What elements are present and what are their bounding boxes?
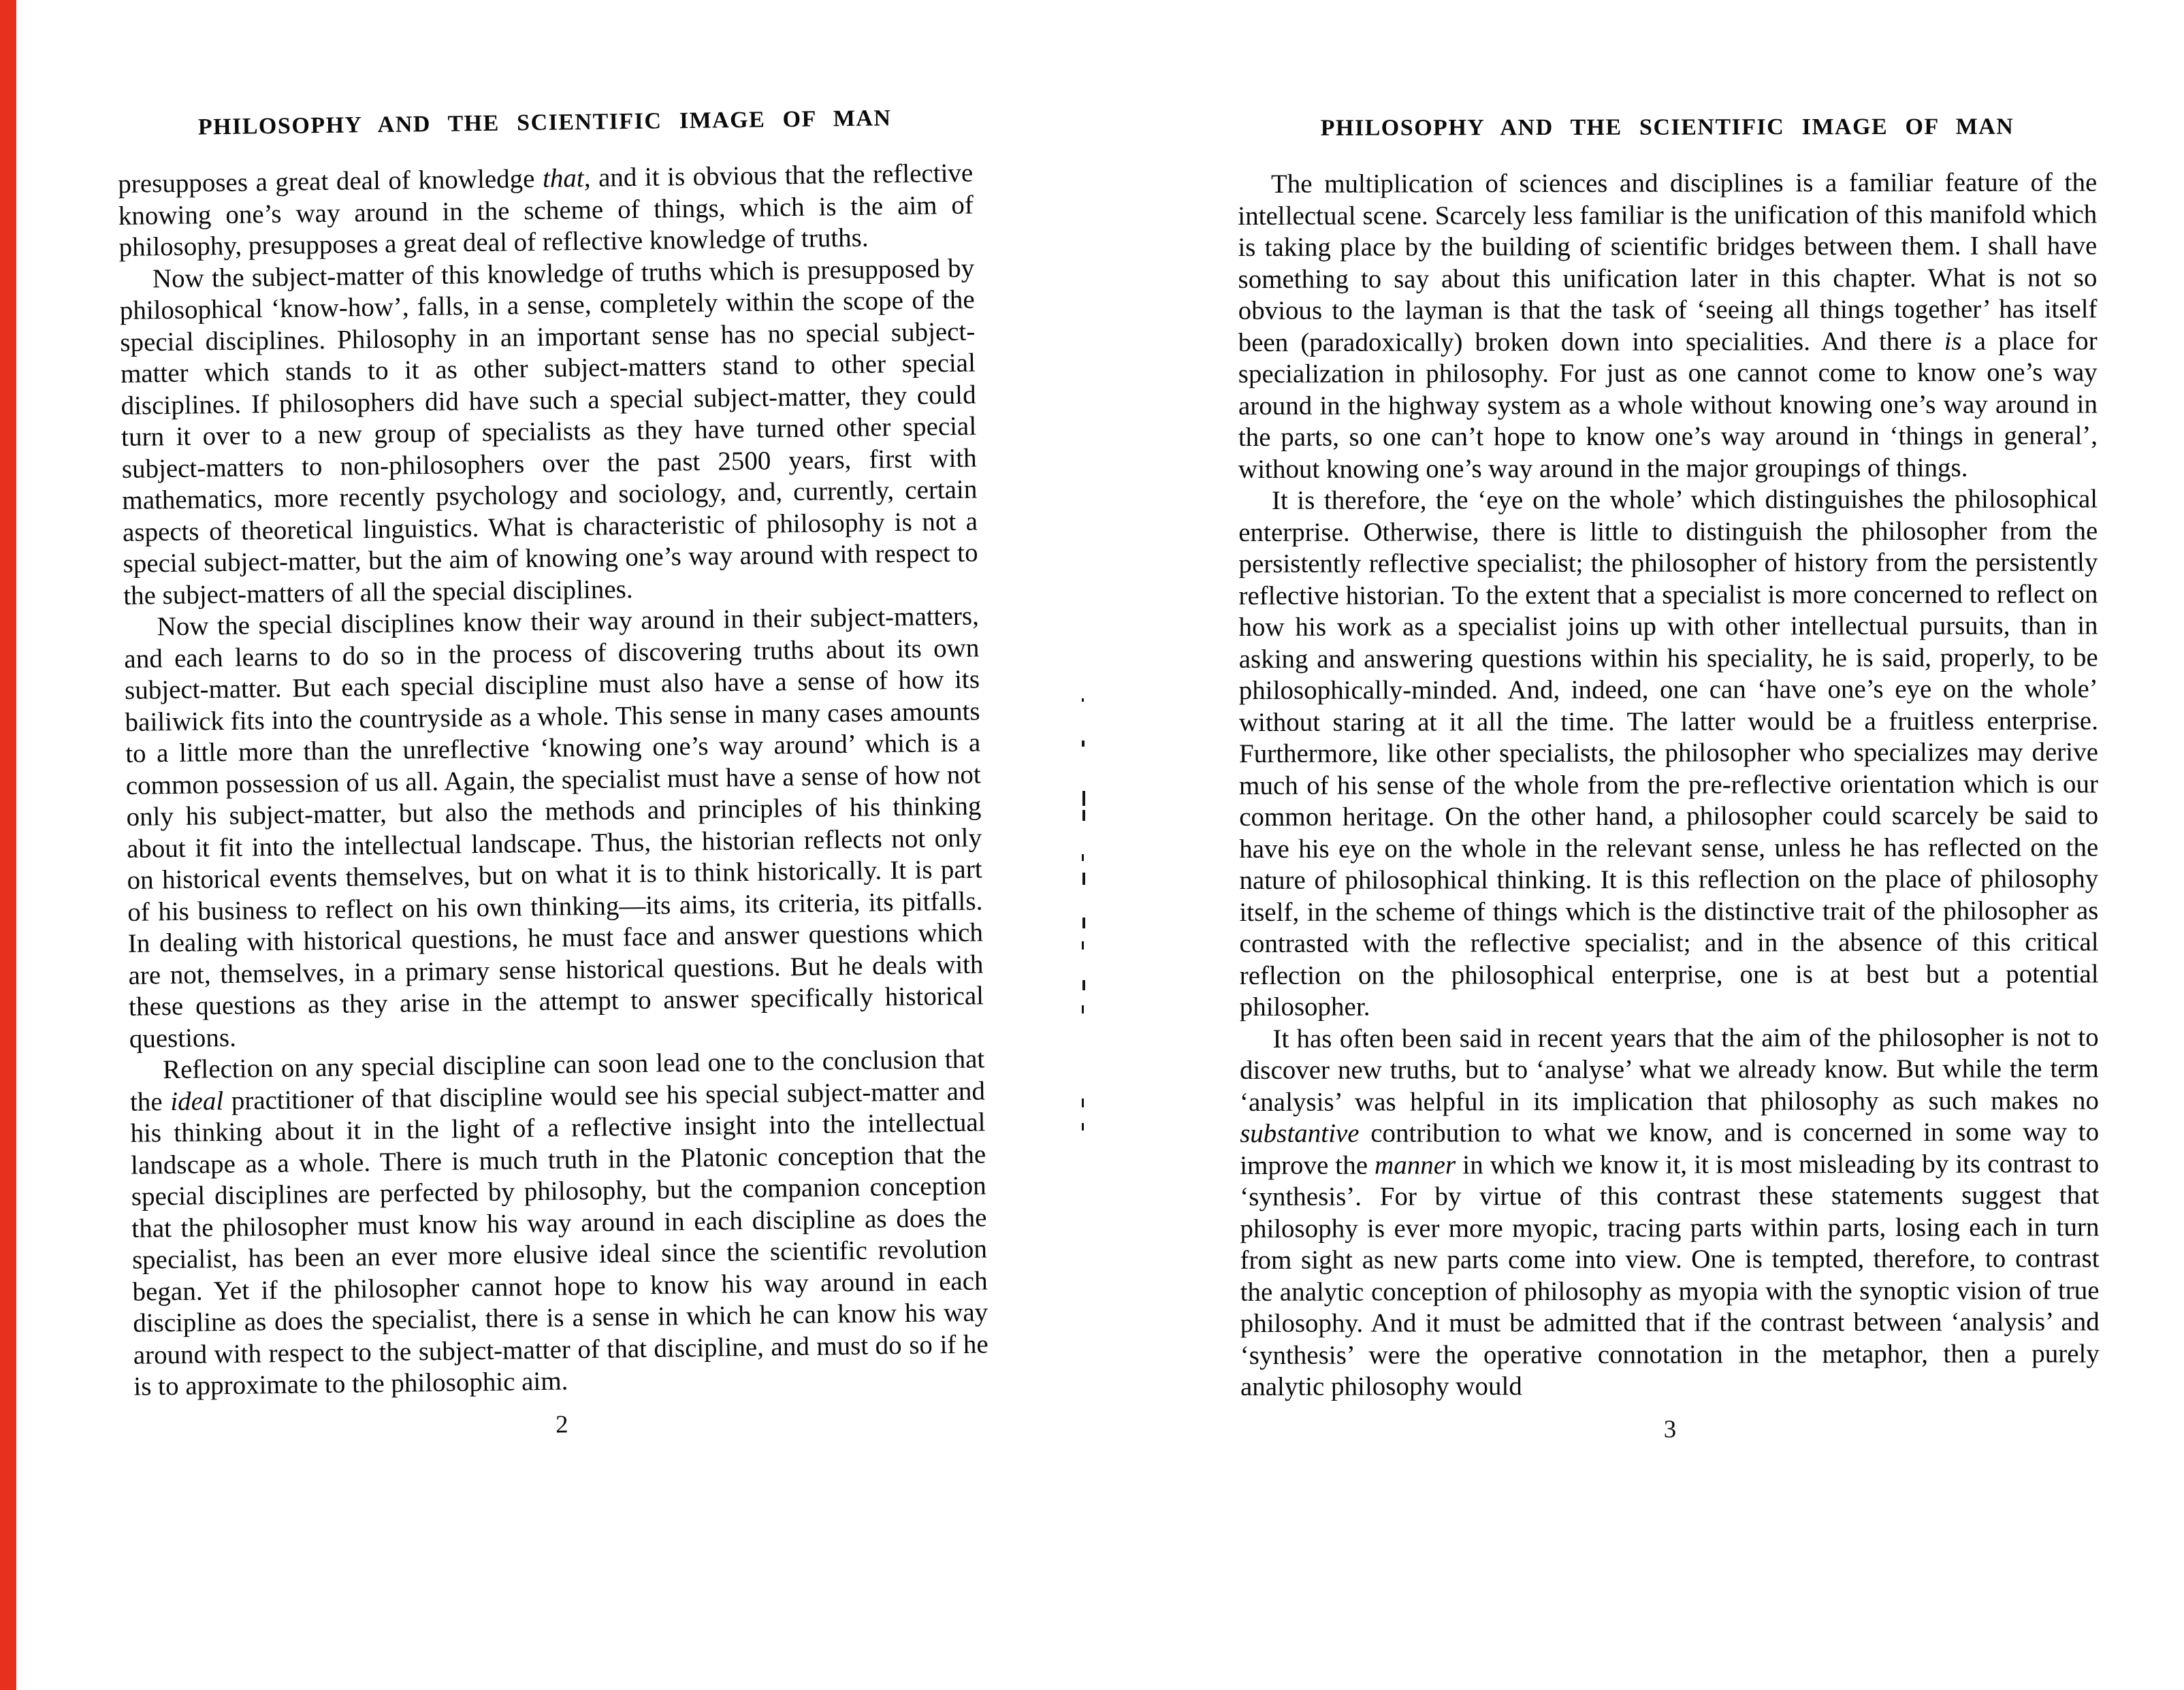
gutter-scan-mark xyxy=(1082,854,1084,861)
paragraph: Now the special disciplines know their w… xyxy=(124,600,984,1054)
italic-text-run: is xyxy=(1944,326,1962,355)
text-run: practitioner of that discipline would se… xyxy=(130,1076,989,1401)
text-run: It has often been said in recent years t… xyxy=(1240,1022,2099,1117)
page-right-body: The multiplication of sciences and disci… xyxy=(1238,167,2100,1403)
text-run: Now the special disciplines know their w… xyxy=(124,601,984,1053)
running-header-right: PHILOSOPHY AND THE SCIENTIFIC IMAGE OF M… xyxy=(1238,114,2097,142)
gutter-scan-mark xyxy=(1082,941,1084,949)
gutter-scan-mark xyxy=(1082,980,1085,990)
paragraph: presupposes a great deal of knowledge th… xyxy=(118,158,974,264)
gutter-scan-mark xyxy=(1082,698,1084,702)
text-run: Now the subject-matter of this knowledge… xyxy=(119,253,978,610)
paragraph: Reflection on any special discipline can… xyxy=(129,1043,989,1403)
gutter-scan-mark xyxy=(1082,873,1085,885)
italic-text-run: ideal xyxy=(170,1086,224,1116)
gutter-scan-mark xyxy=(1082,1123,1084,1131)
gutter-scan-mark xyxy=(1082,791,1085,806)
paragraph: It has often been said in recent years t… xyxy=(1240,1022,2100,1403)
text-run: It is therefore, the ‘eye on the whole’ … xyxy=(1238,484,2098,1022)
running-header-left: PHILOSOPHY AND THE SCIENTIFIC IMAGE OF M… xyxy=(117,105,972,142)
gutter-scan-mark xyxy=(1082,741,1085,747)
italic-text-run: manner xyxy=(1375,1150,1456,1180)
page-right: PHILOSOPHY AND THE SCIENTIFIC IMAGE OF M… xyxy=(1238,114,2100,1444)
gutter-scan-mark xyxy=(1082,1099,1084,1107)
gutter-scan-mark xyxy=(1082,917,1085,928)
text-run: in which we know it, it is most misleadi… xyxy=(1240,1149,2100,1401)
paragraph: The multiplication of sciences and disci… xyxy=(1238,167,2098,485)
page-left: PHILOSOPHY AND THE SCIENTIFIC IMAGE OF M… xyxy=(117,105,989,1445)
paragraph: Now the subject-matter of this knowledge… xyxy=(119,253,979,612)
page-number-left: 2 xyxy=(134,1404,989,1444)
italic-text-run: that xyxy=(543,163,584,193)
book-spread: PHILOSOPHY AND THE SCIENTIFIC IMAGE OF M… xyxy=(0,0,2184,1690)
page-number-right: 3 xyxy=(1240,1414,2100,1445)
left-edge-red-strip xyxy=(0,0,16,1690)
gutter-scan-mark xyxy=(1082,1005,1084,1013)
text-run: presupposes a great deal of knowledge xyxy=(118,164,543,199)
italic-text-run: substantive xyxy=(1240,1119,1360,1148)
gutter-scan-mark xyxy=(1082,810,1085,821)
page-left-body: presupposes a great deal of knowledge th… xyxy=(118,158,989,1403)
paragraph: It is therefore, the ‘eye on the whole’ … xyxy=(1238,483,2099,1023)
